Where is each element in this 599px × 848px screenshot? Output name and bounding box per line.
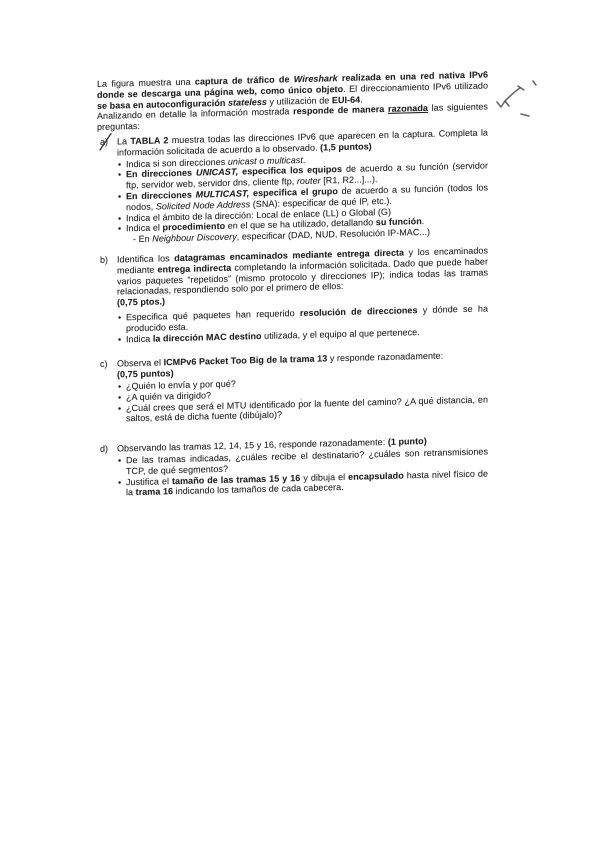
question-b-bullets: Especifica qué paquetes han requerido re…	[117, 303, 488, 344]
text-segment: encapsulado	[348, 470, 404, 481]
text-segment: Neighbour Discovery	[152, 232, 237, 244]
text-segment: UNICAST,	[196, 167, 238, 178]
handwritten-pencil-scribble-icon	[487, 74, 545, 124]
text-segment: Indica	[126, 333, 153, 344]
text-segment: (1,5 puntos)	[320, 141, 372, 152]
text-segment: .	[360, 94, 363, 104]
scan-noise-digit: 1	[299, 397, 303, 406]
question-b-label: b)	[100, 255, 108, 266]
text-segment: responde de manera	[293, 104, 388, 116]
text-segment: .	[422, 216, 425, 226]
text-segment: razonada	[388, 103, 428, 114]
text-segment: TABLA 2	[130, 135, 168, 146]
text-segment: MULTICAST,	[196, 188, 250, 199]
text-segment: Indica el	[126, 223, 163, 234]
question-b: b) Identifica los datagramas encaminados…	[97, 245, 488, 345]
text-segment: o	[257, 155, 267, 165]
text-segment: En direcciones	[126, 190, 196, 202]
text-segment: router	[297, 176, 321, 187]
text-segment: multicast	[267, 155, 303, 166]
text-segment: entrega indirecta	[157, 262, 231, 274]
text-segment: stateless	[228, 96, 267, 107]
question-d-label: d)	[100, 444, 108, 455]
text-segment: y responde razonadamente:	[327, 351, 443, 364]
text-segment: la dirección MAC destino	[153, 331, 262, 344]
text-segment: Especifica qué paquetes han requerido	[126, 308, 300, 322]
text-segment: su función	[376, 216, 422, 227]
text-segment: y dibuja el	[300, 471, 348, 482]
text-segment: La	[117, 136, 130, 146]
question-c-label: c)	[100, 359, 108, 370]
question-a-bullets: Indica si son direcciones unicast o mult…	[117, 150, 488, 245]
text-segment: .	[303, 154, 306, 164]
text-segment: En direcciones	[126, 168, 196, 180]
text-segment: trama 16	[136, 486, 173, 497]
text-segment: Observa el	[117, 358, 164, 369]
text-segment: Justifica el	[126, 476, 172, 487]
text-segment: unicast	[228, 156, 257, 167]
text-segment: procedimiento	[163, 221, 226, 233]
text-segment: [R1, R2...]...).	[321, 174, 378, 185]
question-c: c) Observa el ICMPv6 Packet Too Big de l…	[97, 350, 488, 425]
text-segment: . El direccionamiento IPv6 utilizado	[343, 80, 488, 94]
text-segment: Wireshark	[294, 73, 338, 84]
text-segment: - En	[133, 234, 152, 244]
question-d-bullets: De las tramas indicadas, ¿cuáles recibe …	[117, 446, 488, 498]
scanned-exam-page: La figura muestra una captura de tráfico…	[0, 0, 599, 848]
question-a: a) La TABLA 2 muestra todas las direccio…	[97, 127, 488, 246]
question-d: d) Observando las tramas 12, 14, 15 y 16…	[97, 435, 488, 500]
text-segment: resolución de direcciones	[300, 305, 418, 318]
text-segment: (1 punto)	[388, 436, 427, 447]
exam-text-block: La figura muestra una captura de tráfico…	[97, 69, 488, 499]
handwritten-check-stroke-icon	[98, 133, 114, 152]
text-segment: EUI-64	[332, 94, 360, 105]
text-segment: Identifica los	[117, 253, 174, 264]
text-segment: y utilización de	[267, 95, 332, 107]
